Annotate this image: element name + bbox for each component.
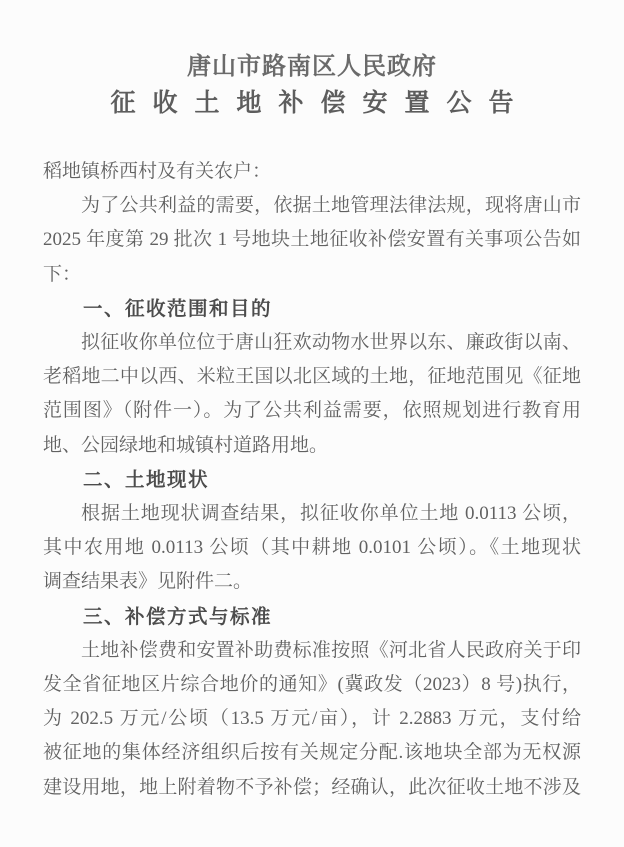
section-3-line: 被征地的集体经济组织后按有关规定分配.该地块全部为无权源 bbox=[43, 736, 581, 770]
doc-title-text: 征收土地补偿安置公告 bbox=[110, 90, 530, 117]
org-title: 唐山市路南区人民政府 bbox=[0, 0, 624, 82]
section-3-line: 建设用地，地上附着物不予补偿；经确认，此次征收土地不涉及 bbox=[43, 771, 581, 805]
section-3-line: 为 202.5 万元/公顷（13.5 万元/亩），计 2.2883 万元，支付给 bbox=[43, 702, 581, 736]
section-3-line: 土地补偿费和安置补助费标准按照《河北省人民政府关于印 bbox=[43, 634, 581, 668]
salutation: 稻地镇桥西村及有关农户： bbox=[43, 155, 581, 189]
doc-title: 征收土地补偿安置公告 bbox=[0, 88, 624, 120]
intro-line: 下： bbox=[43, 258, 581, 292]
section-3-line: 发全省征地区片综合地价的通知》(冀政发（2023）8 号)执行， bbox=[43, 668, 581, 702]
section-2-heading: 二、土地现状 bbox=[43, 463, 581, 497]
section-3-heading: 三、补偿方式与标准 bbox=[43, 600, 581, 634]
intro-line: 2025 年度第 29 批次 1 号地块土地征收补偿安置有关事项公告如 bbox=[43, 223, 581, 257]
document-page: 唐山市路南区人民政府 征收土地补偿安置公告 稻地镇桥西村及有关农户： 为了公共利… bbox=[0, 0, 624, 847]
section-2-line: 其中农用地 0.0113 公顷（其中耕地 0.0101 公顷）。《土地现状 bbox=[43, 531, 581, 565]
section-1-line: 范围图》（附件一）。为了公共利益需要，依照规划进行教育用 bbox=[43, 394, 581, 428]
section-1-line: 老稻地二中以西、米粒王国以北区域的土地，征地范围见《征地 bbox=[43, 360, 581, 394]
intro-line: 为了公共利益的需要，依据土地管理法律法规，现将唐山市 bbox=[43, 189, 581, 223]
section-1-heading: 一、征收范围和目的 bbox=[43, 292, 581, 326]
section-1-line: 拟征收你单位位于唐山狂欢动物水世界以东、廉政街以南、 bbox=[43, 326, 581, 360]
section-1-line: 地、公园绿地和城镇村道路用地。 bbox=[43, 429, 581, 463]
section-2-line: 调查结果表》见附件二。 bbox=[43, 565, 581, 599]
document-body: 稻地镇桥西村及有关农户： 为了公共利益的需要，依据土地管理法律法规，现将唐山市 … bbox=[43, 155, 581, 805]
section-2-line: 根据土地现状调查结果，拟征收你单位土地 0.0113 公顷， bbox=[43, 497, 581, 531]
